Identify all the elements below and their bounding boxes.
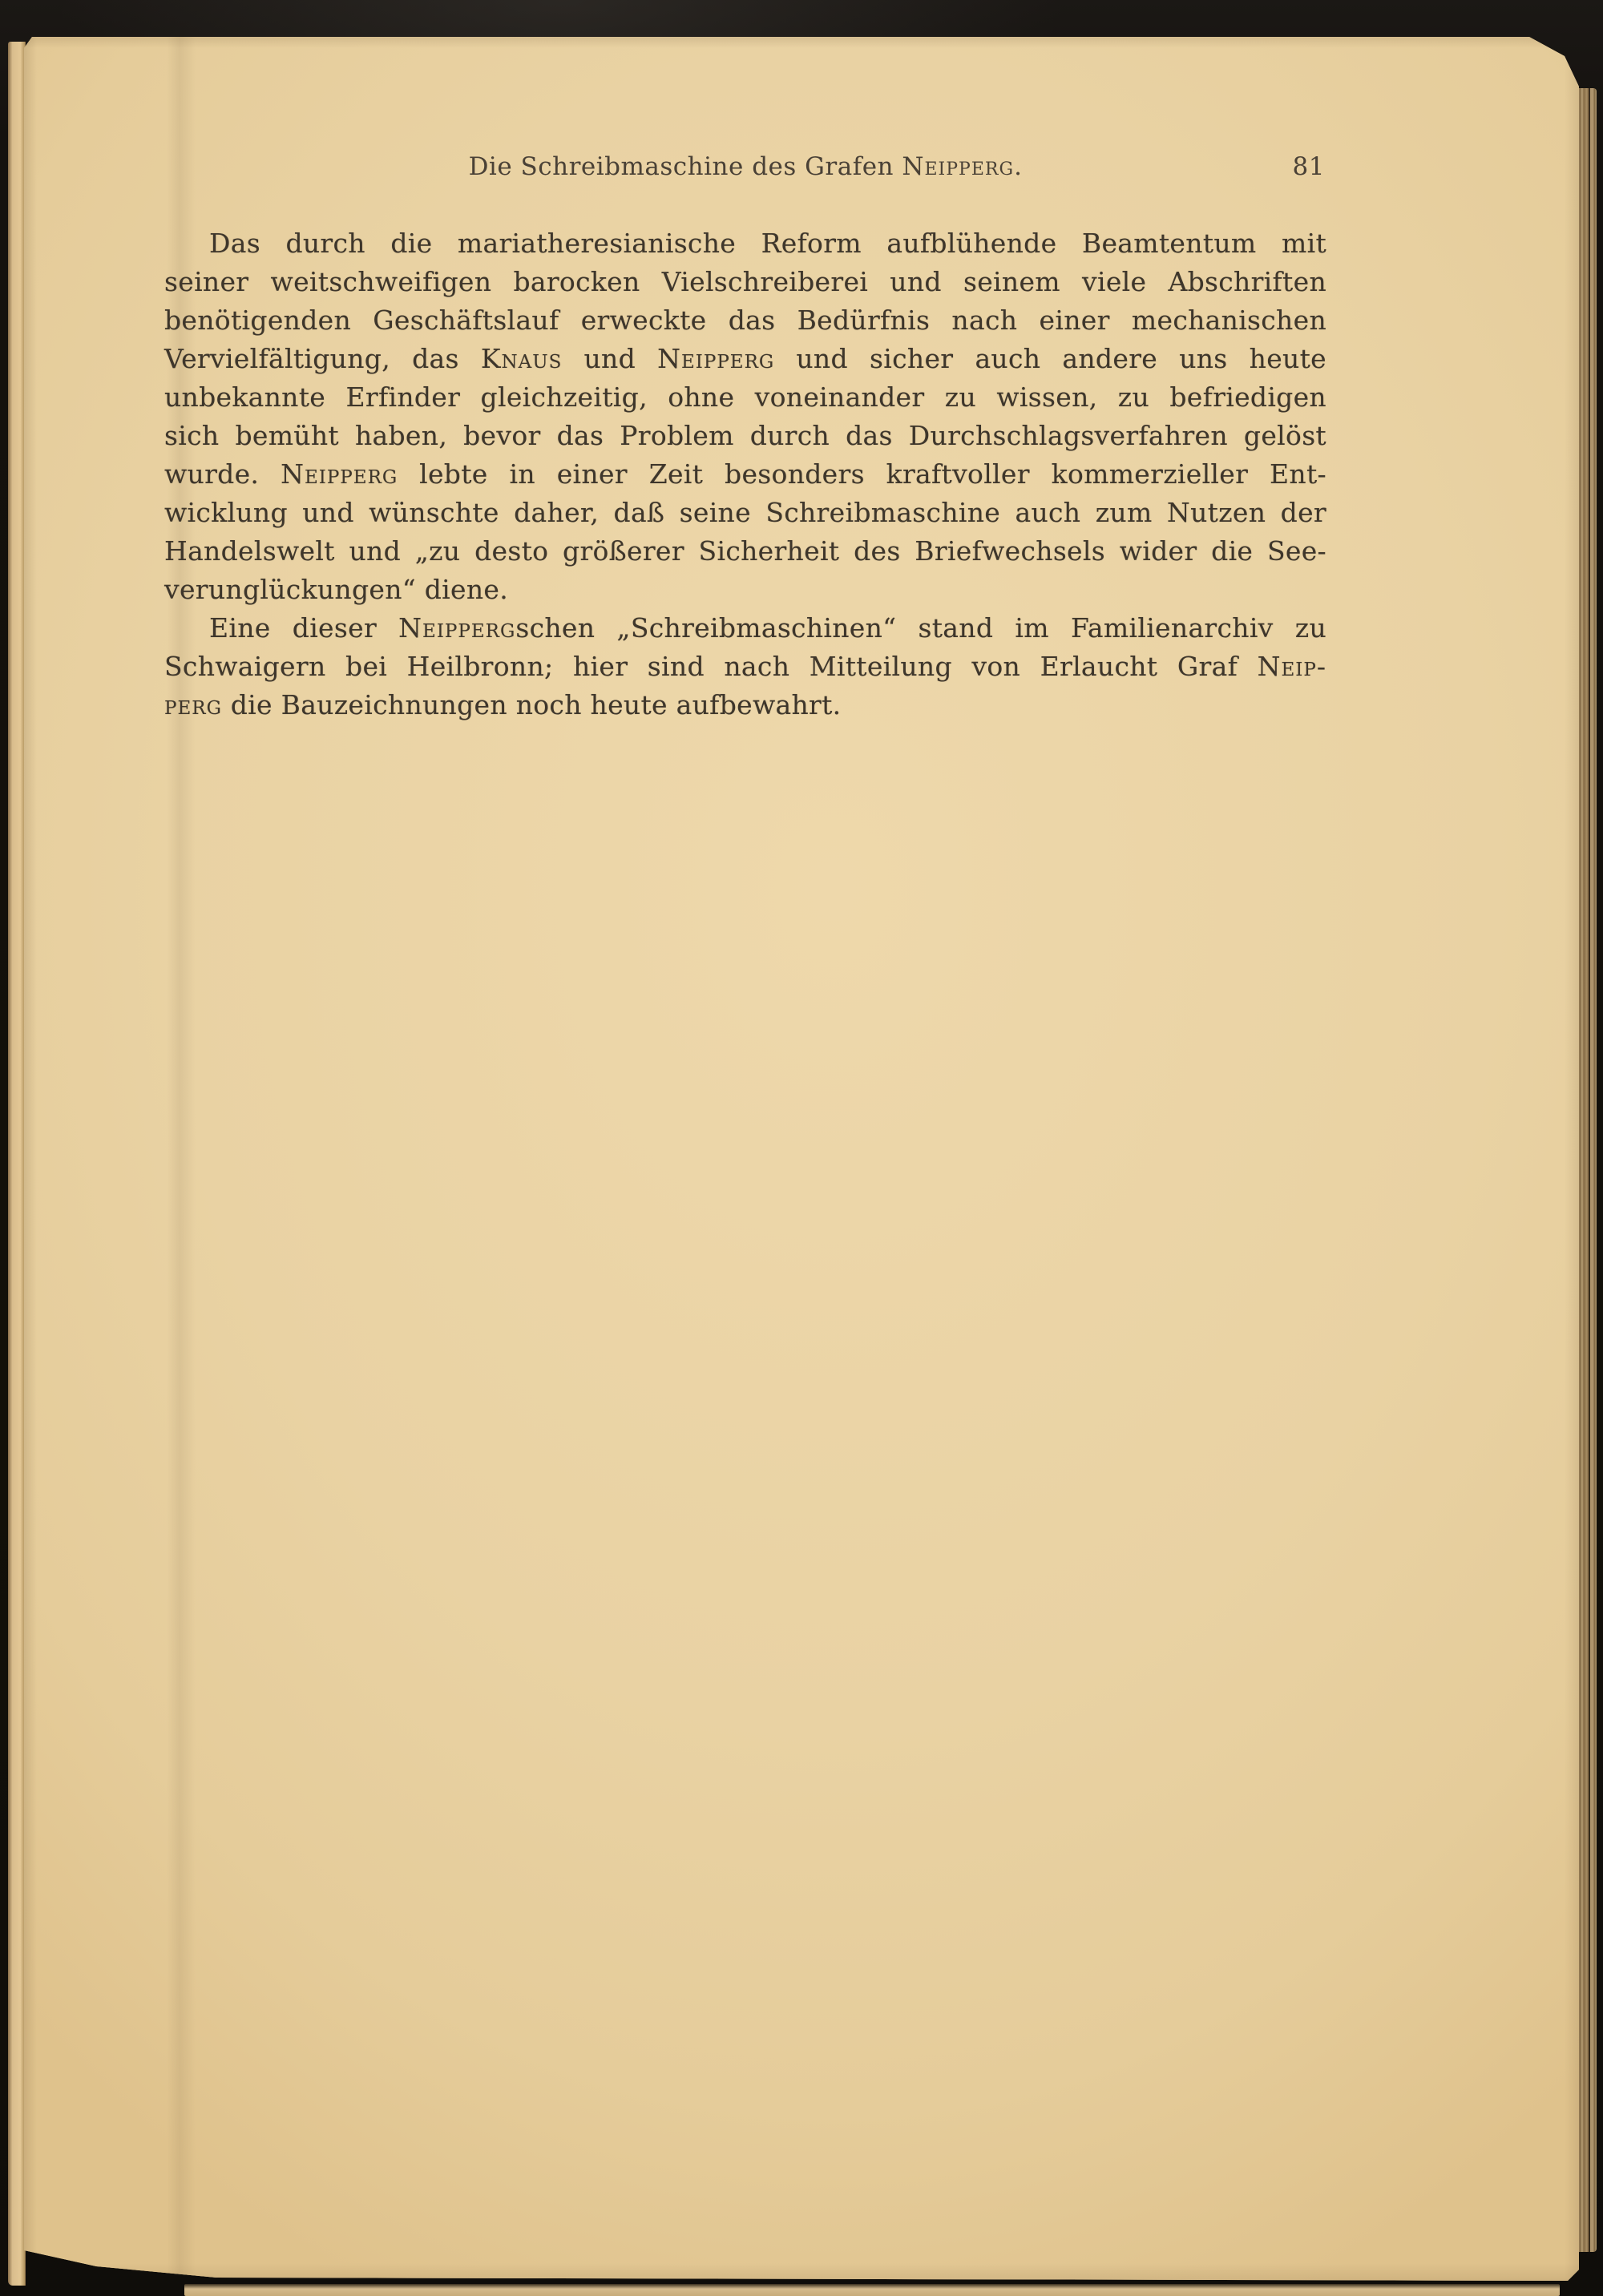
text-line: seiner weitschweifigen barocken Vielschr… [164,263,1326,301]
smallcaps-text: perg [164,689,222,720]
text-segment: Die Schreibmaschine des Grafen [469,152,902,181]
header-title: Die Schreibmaschine des Grafen Neipperg. [164,149,1326,184]
text-segment: seiner weitschweifigen barocken Vielschr… [164,266,1326,297]
text-line: perg die Bauzeichnungen noch heute aufbe… [164,686,1326,724]
text-line: Das durch die mariatheresianische Reform… [164,224,1326,263]
text-segment: Vervielfältigung, das [164,343,481,374]
text-line: verunglückungen“ diene. [164,571,1326,609]
text-line: Vervielfältigung, das Knaus und Neipperg… [164,340,1326,378]
page-number: 81 [1293,149,1325,184]
text-segment: benötigenden Geschäftslauf erweckte das … [164,305,1326,336]
smallcaps-text: Neipperg [398,612,515,644]
text-segment: und sicher auch andere uns heute [774,343,1326,374]
text-segment: Das durch die mariatheresianische Reform… [209,228,1326,259]
smallcaps-text: Knaus [481,343,563,374]
text-segment: sich bemüht haben, bevor das Problem dur… [164,420,1326,451]
smallcaps-text: Neipperg [902,152,1014,181]
text-block: Das durch die mariatheresianische Reform… [164,224,1326,724]
text-line: wicklung und wünschte daher, daß seine S… [164,494,1326,532]
smallcaps-text: Neipperg [657,343,774,374]
book-page: Die Schreibmaschine des Grafen Neipperg.… [24,37,1579,2281]
text-line: wurde. Neipperg lebte in einer Zeit beso… [164,455,1326,494]
text-segment: verunglückungen“ diene. [164,574,508,605]
text-segment: Eine dieser [209,612,398,644]
text-line: Eine dieser Neippergschen „Schreibmaschi… [164,609,1326,648]
text-segment: wicklung und wünschte daher, daß seine S… [164,497,1326,528]
paragraph: Das durch die mariatheresianische Reform… [164,224,1326,609]
text-segment: unbekannte Erfinder gleichzeitig, ohne v… [164,381,1326,413]
text-segment: die Bauzeichnungen noch heute aufbewahrt… [222,689,842,720]
text-line: Schwaigern bei Heilbronn; hier sind nach… [164,648,1326,686]
text-segment: wurde. [164,458,281,490]
text-segment: Handelswelt und „zu desto größerer Siche… [164,535,1326,567]
text-segment: . [1014,152,1022,181]
text-segment: Schwaigern bei Heilbronn; hier sind nach… [164,651,1258,682]
text-segment: und [562,343,657,374]
bottom-page-stack-edge [184,2284,1560,2296]
text-segment: lebte in einer Zeit besonders kraftvolle… [398,458,1326,490]
text-line: benötigenden Geschäftslauf erweckte das … [164,301,1326,340]
text-line: sich bemüht haben, bevor das Problem dur… [164,417,1326,455]
left-page-fore-edge [8,42,26,2286]
smallcaps-text: Neipperg [281,458,398,490]
running-header: Die Schreibmaschine des Grafen Neipperg.… [164,149,1326,184]
text-line: unbekannte Erfinder gleichzeitig, ohne v… [164,378,1326,417]
text-segment: schen „Schreibmaschinen“ stand im Famili… [515,612,1326,644]
text-line: Handelswelt und „zu desto größerer Siche… [164,532,1326,571]
smallcaps-text: Neip- [1258,651,1326,682]
paragraph: Eine dieser Neippergschen „Schreibmaschi… [164,609,1326,724]
